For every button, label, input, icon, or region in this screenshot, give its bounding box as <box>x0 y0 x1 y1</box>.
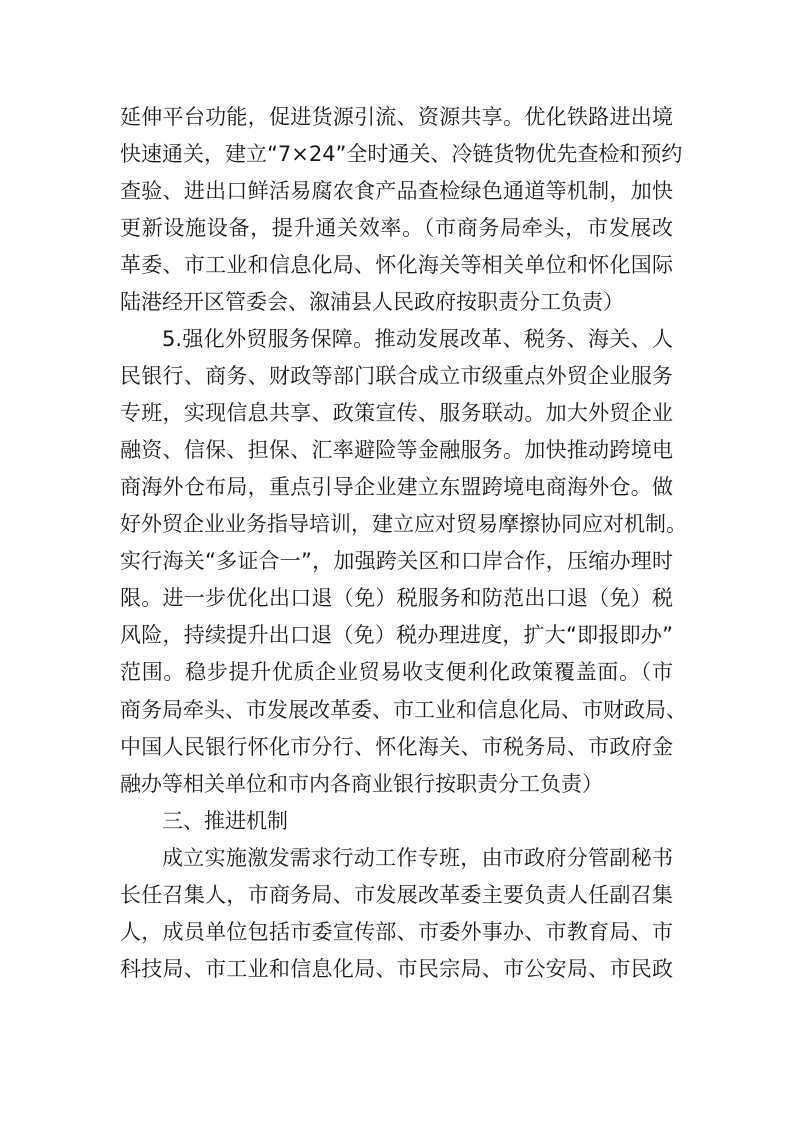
paragraph-line: 专班，实现信息共享、政策宣传、服务联动。加大外贸企业 <box>120 395 673 432</box>
document-body: 延伸平台功能，促进货源引流、资源共享。优化铁路进出境 快速通关，建立“7×24”… <box>120 99 673 988</box>
paragraph-line: 更新设施设备，提升通关效率。（市商务局牵头，市发展改 <box>120 210 673 247</box>
paragraph-line: 实行海关“多证合一”，加强跨关区和口岸合作，压缩办理时 <box>120 543 673 580</box>
paragraph-line: 限。进一步优化出口退（免）税服务和防范出口退（免）税 <box>120 580 673 617</box>
paragraph-line: 陆港经开区管委会、溆浦县人民政府按职责分工负责） <box>120 284 673 321</box>
paragraph-line: 范围。稳步提升优质企业贸易收支便利化政策覆盖面。（市 <box>120 654 673 691</box>
paragraph-line: 成立实施激发需求行动工作专班，由市政府分管副秘书 <box>120 840 673 877</box>
paragraph-line: 风险，持续提升出口退（免）税办理进度，扩大“即报即办” <box>120 617 673 654</box>
paragraph-line: 融办等相关单位和市内各商业银行按职责分工负责） <box>120 766 673 803</box>
document-page: 延伸平台功能，促进货源引流、资源共享。优化铁路进出境 快速通关，建立“7×24”… <box>0 0 793 1122</box>
paragraph-line: 中国人民银行怀化市分行、怀化海关、市税务局、市政府金 <box>120 729 673 766</box>
section-heading: 三、推进机制 <box>120 803 673 840</box>
paragraph-line: 查验、进出口鲜活易腐农食产品查检绿色通道等机制，加快 <box>120 173 673 210</box>
paragraph-line: 长任召集人，市商务局、市发展改革委主要负责人任副召集 <box>120 877 673 914</box>
paragraph-line: 革委、市工业和信息化局、怀化海关等相关单位和怀化国际 <box>120 247 673 284</box>
paragraph-line: 融资、信保、担保、汇率避险等金融服务。加快推动跨境电 <box>120 432 673 469</box>
paragraph-line: 人，成员单位包括市委宣传部、市委外事办、市教育局、市 <box>120 914 673 951</box>
paragraph-line: 科技局、市工业和信息化局、市民宗局、市公安局、市民政 <box>120 951 673 988</box>
paragraph-line: 商海外仓布局，重点引导企业建立东盟跨境电商海外仓。做 <box>120 469 673 506</box>
paragraph-line: 好外贸企业业务指导培训，建立应对贸易摩擦协同应对机制。 <box>120 506 673 543</box>
paragraph-line: 延伸平台功能，促进货源引流、资源共享。优化铁路进出境 <box>120 99 673 136</box>
item-heading-line: 5.强化外贸服务保障。推动发展改革、税务、海关、人 <box>120 321 673 358</box>
paragraph-line: 快速通关，建立“7×24”全时通关、冷链货物优先查检和预约 <box>120 136 673 173</box>
paragraph-line: 商务局牵头、市发展改革委、市工业和信息化局、市财政局、 <box>120 692 673 729</box>
paragraph-line: 民银行、商务、财政等部门联合成立市级重点外贸企业服务 <box>120 358 673 395</box>
